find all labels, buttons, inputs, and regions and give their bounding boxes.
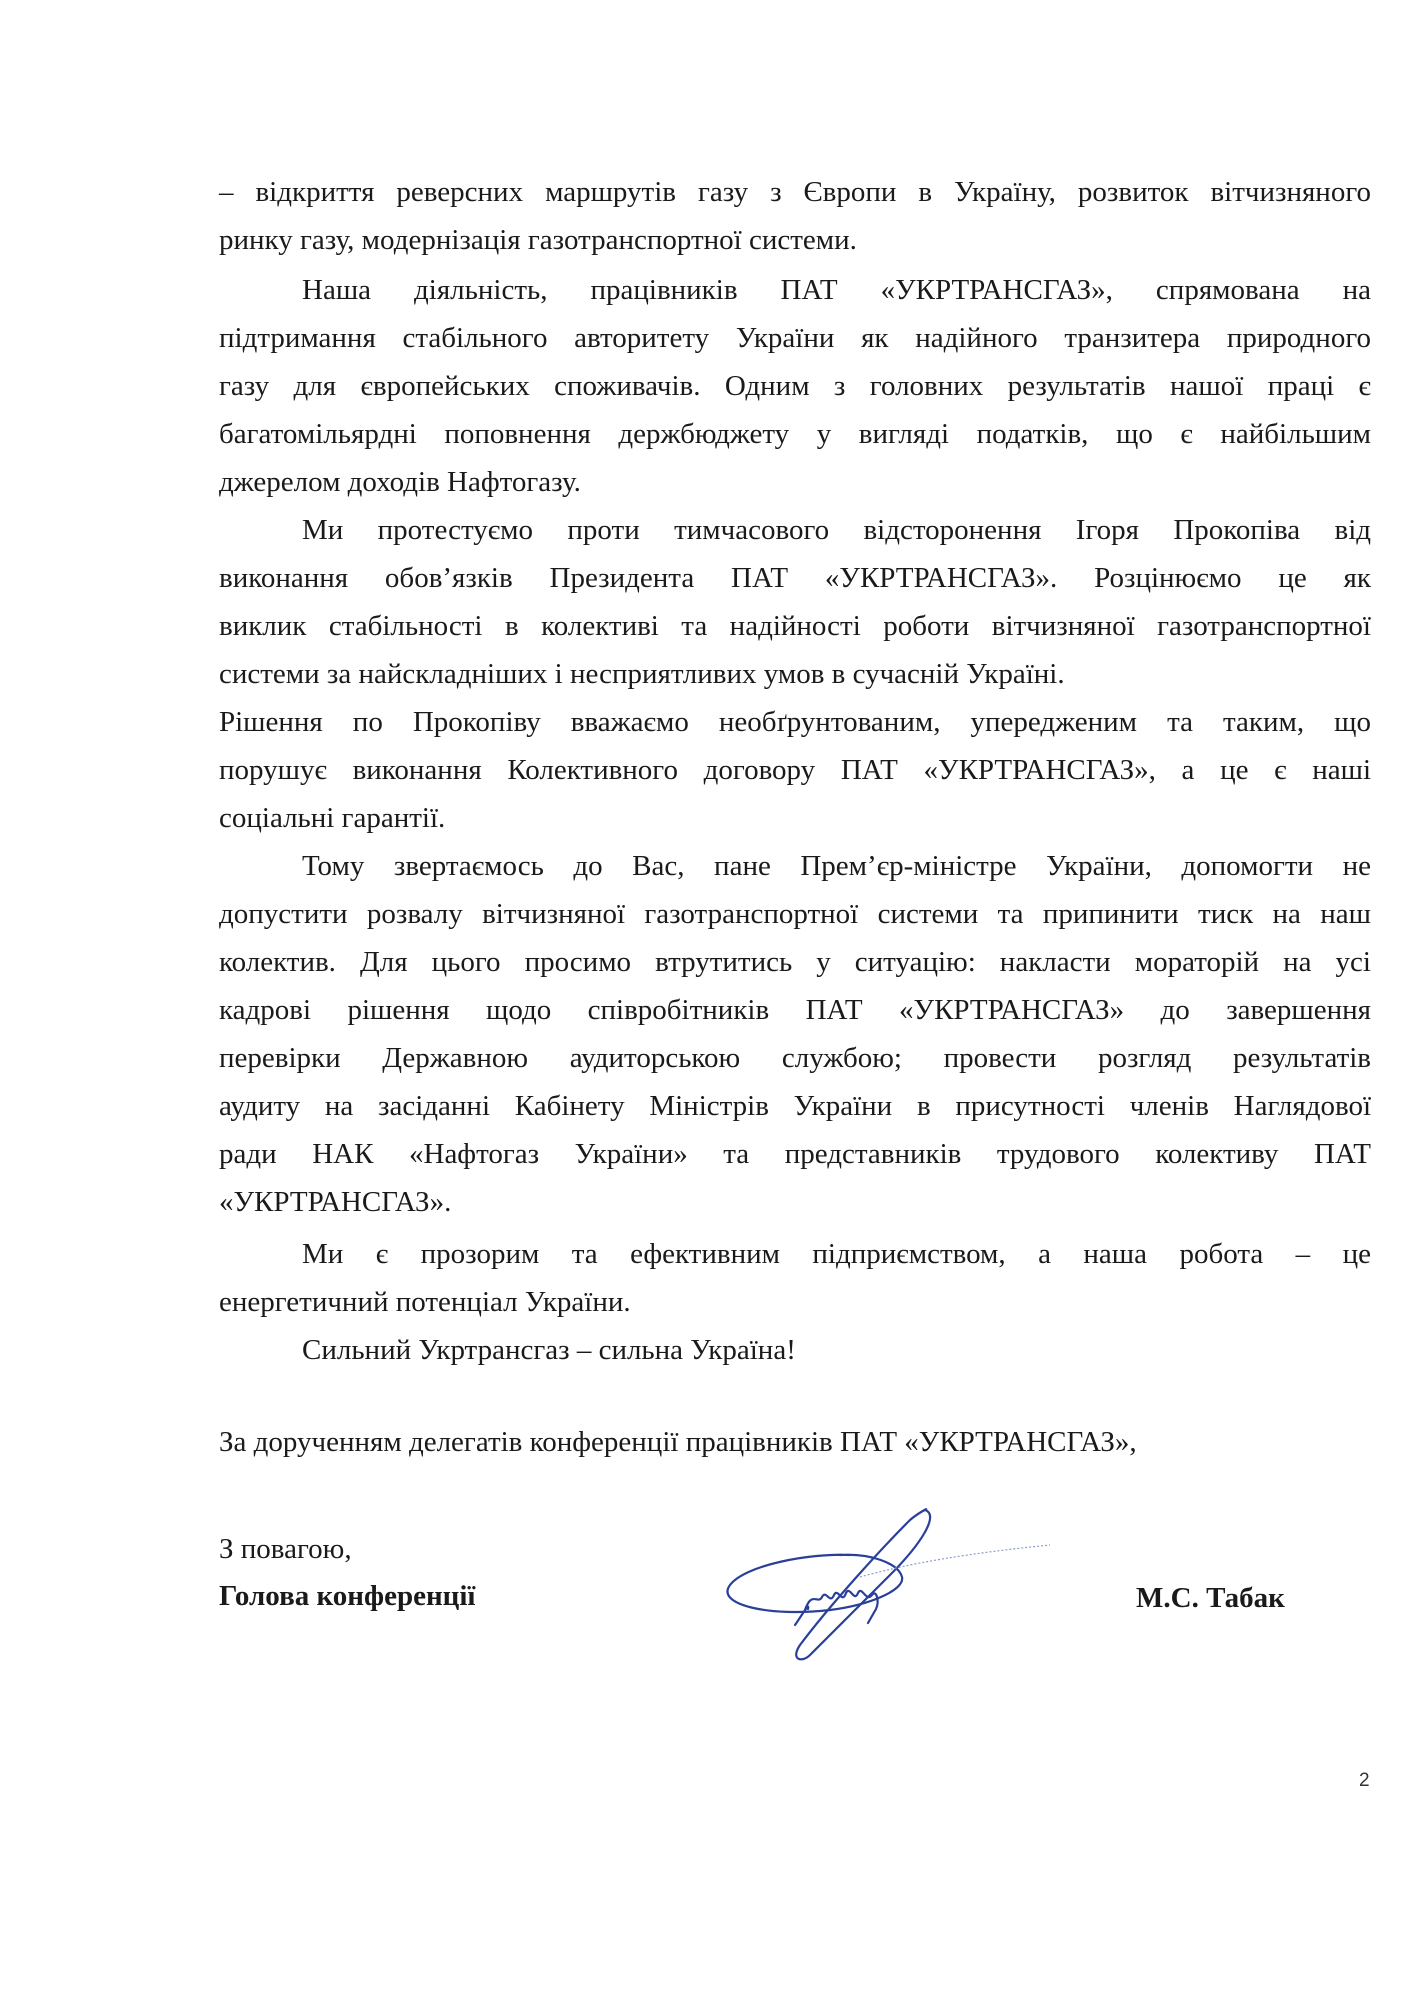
text-line: системи за найскладніших і несприятливих…: [219, 654, 1371, 694]
text-line: ради НАК «Нафтогаз України» та представн…: [219, 1134, 1371, 1174]
text-line: порушує виконання Колективного договору …: [219, 750, 1371, 790]
text-line: аудиту на засіданні Кабінету Міністрів У…: [219, 1086, 1371, 1126]
signer-name: М.С. Табак: [1136, 1582, 1285, 1615]
text-line: За дорученням делегатів конференції прац…: [219, 1422, 1371, 1462]
handwritten-signature-icon: [690, 1505, 1070, 1665]
text-line: Тому звертаємось до Вас, пане Прем’єр-мі…: [219, 846, 1371, 886]
text-line: «УКРТРАНСГАЗ».: [219, 1182, 1371, 1222]
text-line: виклик стабільності в колективі та надій…: [219, 606, 1371, 646]
text-line: Ми протестуємо проти тимчасового відстор…: [219, 510, 1371, 550]
closing-regards: З повагою,: [219, 1533, 352, 1566]
text-line: виконання обов’язків Президента ПАТ «УКР…: [219, 558, 1371, 598]
page-number: 2: [1359, 1770, 1370, 1792]
text-line: колектив. Для цього просимо втрутитись у…: [219, 942, 1371, 982]
text-line: газу для європейських споживачів. Одним …: [219, 366, 1371, 406]
text-line: Сильний Укртрансгаз – сильна Україна!: [219, 1330, 1371, 1370]
document-page: – відкриття реверсних маршрутів газу з Є…: [0, 0, 1414, 2000]
text-line: Наша діяльність, працівників ПАТ «УКРТРА…: [219, 270, 1371, 310]
text-line: кадрові рішення щодо співробітників ПАТ …: [219, 990, 1371, 1030]
text-line: перевірки Державною аудиторською службою…: [219, 1038, 1371, 1078]
text-line: – відкриття реверсних маршрутів газу з Є…: [219, 172, 1371, 212]
text-line: багатомільярдні поповнення держбюджету у…: [219, 414, 1371, 454]
text-line: Ми є прозорим та ефективним підприємство…: [219, 1234, 1371, 1274]
text-line: Рішення по Прокопіву вважаємо необґрунто…: [219, 702, 1371, 742]
text-line: джерелом доходів Нафтогазу.: [219, 462, 1371, 502]
text-line: соціальні гарантії.: [219, 798, 1371, 838]
text-line: допустити розвалу вітчизняної газотрансп…: [219, 894, 1371, 934]
text-line: підтримання стабільного авторитету Украї…: [219, 318, 1371, 358]
text-line: енергетичний потенціал України.: [219, 1282, 1371, 1322]
signer-position: Голова конференції: [219, 1580, 475, 1613]
text-line: ринку газу, модернізація газотранспортно…: [219, 220, 1371, 260]
